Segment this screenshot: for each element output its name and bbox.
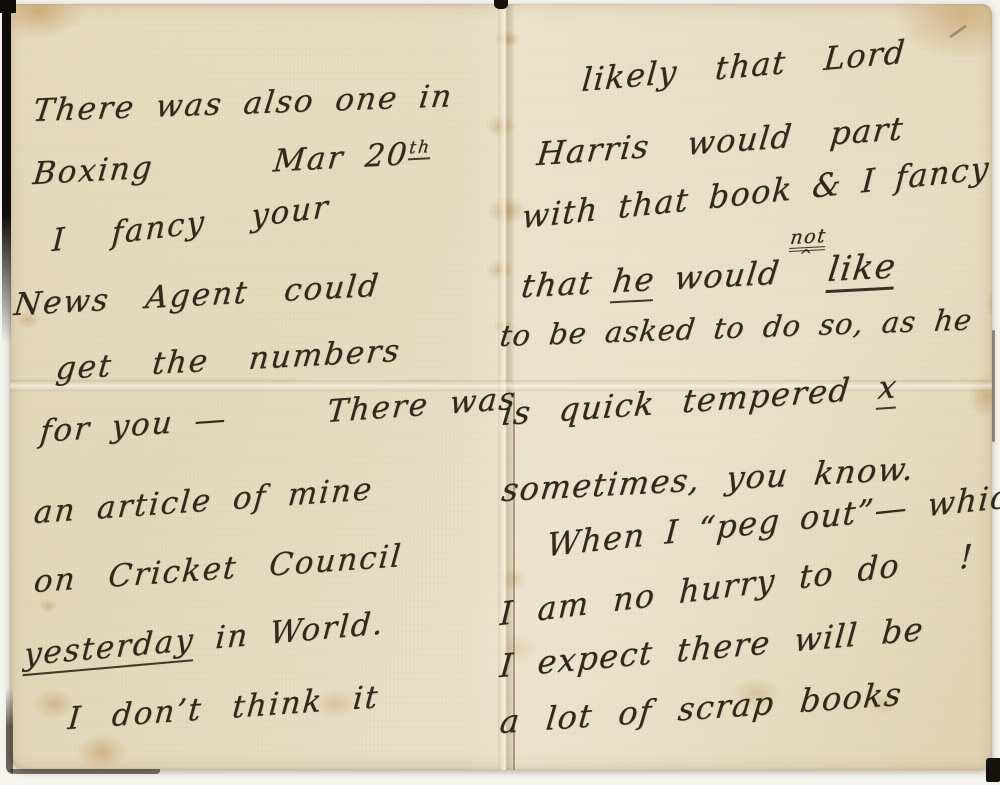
line-text: Mar 20 — [271, 136, 410, 179]
exclamation-mark: ! — [959, 537, 975, 577]
line-text: I don’t think it — [66, 679, 380, 737]
scanned-letter: There was also one in BoxingMar 20th I f… — [0, 0, 1000, 785]
scan-edge-shadow-left — [2, 0, 11, 345]
line-text: News Agent could — [12, 268, 382, 323]
handwritten-line: on Cricket Council — [33, 541, 404, 598]
line-text: that — [519, 263, 595, 305]
underlined-word: x — [876, 367, 900, 410]
letter-paper: There was also one in BoxingMar 20th I f… — [10, 4, 992, 770]
line-text: in World. — [214, 605, 385, 656]
handwritten-line: Harris would part — [535, 112, 905, 170]
underlined-word: he — [610, 260, 658, 304]
handwritten-line: yesterday in World. — [23, 608, 386, 671]
line-text: There was also one in — [31, 78, 456, 129]
inserted-word-not: not^ — [787, 226, 827, 261]
line-text: is quick tempered — [500, 370, 853, 433]
line-text: likely that Lord — [580, 32, 907, 99]
handwritten-line: There was also one in — [31, 81, 455, 127]
scan-edge-shadow-bottom — [10, 769, 160, 774]
line-text: I fancy your — [51, 189, 331, 260]
handwritten-line: an article of mine — [33, 474, 375, 529]
handwritten-line: is quick tempered x — [500, 370, 899, 430]
handwritten-line: for you —There was — [39, 384, 518, 449]
line-text: an article of mine — [32, 471, 374, 531]
handwritten-line: get the numbers — [54, 336, 402, 385]
fold-top-notch — [494, 0, 508, 9]
caret-insertion-mark: ^ — [787, 250, 824, 261]
handwritten-line: BoxingMar 20th — [31, 138, 432, 190]
line-text: There was — [326, 381, 519, 431]
line-text: for you — — [38, 401, 229, 450]
line-text: Boxing — [31, 150, 155, 193]
handwritten-line: I don’t think it — [67, 682, 381, 735]
handwritten-line: to be asked to do so, as he — [498, 305, 974, 351]
superscript-th: th — [408, 137, 432, 160]
scan-edge-shadow-bottom-left — [6, 688, 13, 774]
line-text: to be asked to do so, as he — [498, 302, 974, 353]
line-text: on Cricket Council — [32, 538, 404, 600]
line-text: get the numbers — [54, 333, 403, 387]
scan-corner-mark-top-left — [0, 0, 16, 13]
pencil-mark — [949, 25, 967, 39]
handwritten-line: likely that Lord — [581, 35, 908, 96]
line-text: a lot of scrap books — [498, 675, 904, 742]
emphasized-word: like — [825, 246, 899, 293]
handwritten-line: a lot of scrap books — [498, 678, 904, 738]
line-text: would — [672, 254, 782, 298]
underlined-word: yesterday — [23, 622, 196, 676]
scan-edge-shadow-right — [992, 330, 995, 442]
scan-corner-mark-bottom-right — [986, 758, 1000, 782]
handwritten-line: I fancy your — [51, 192, 330, 258]
handwritten-line: News Agent could — [12, 271, 381, 321]
handwritten-line: that he wouldnot^like — [520, 244, 900, 303]
